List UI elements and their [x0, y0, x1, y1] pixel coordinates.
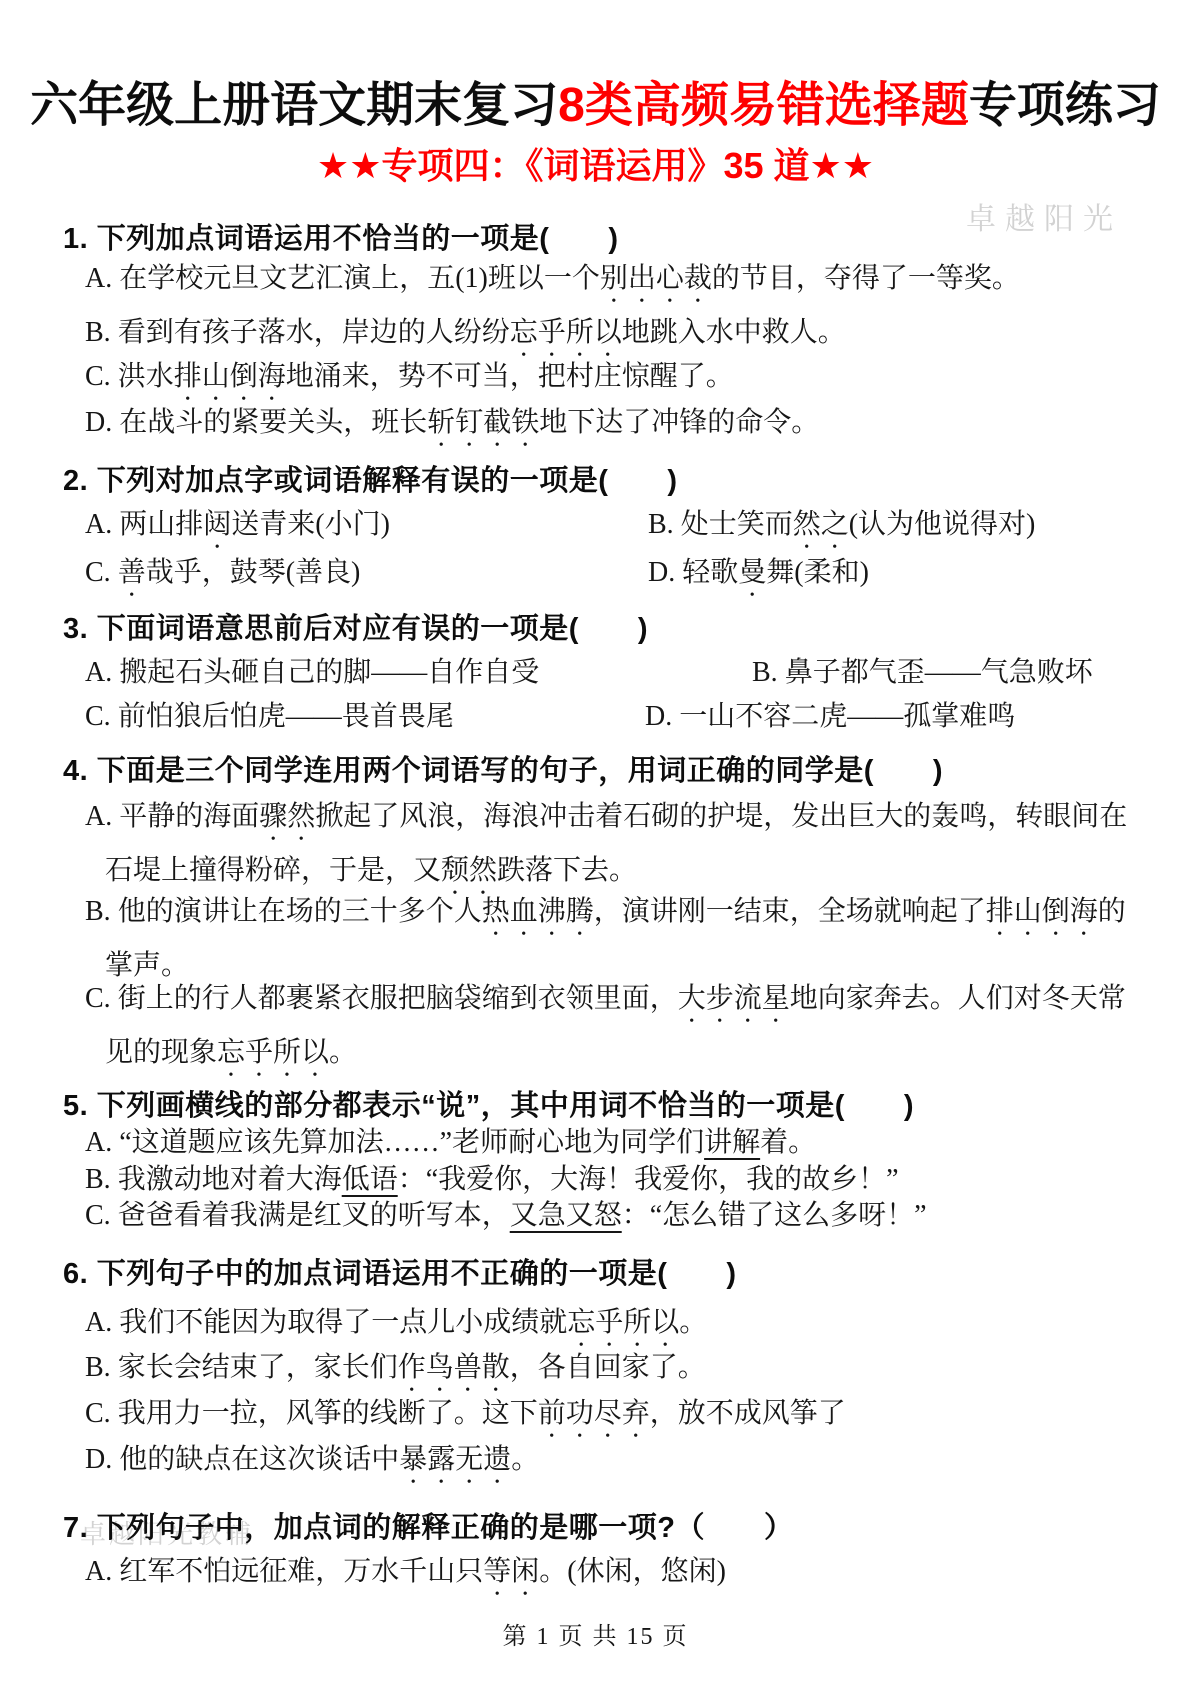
- question-1-option-d: D.在战斗的紧要关头，班长斩钉截铁地下达了冲锋的命令。: [85, 404, 819, 453]
- question-3-option-b: B.鼻子都气歪——气急败坏: [752, 654, 1093, 692]
- question-3-option-a: A.搬起石头砸自己的脚——自作自受: [85, 654, 539, 692]
- option-text: 街上的行人都裹紧衣服把脑袋缩到衣领里面，大步流星地向家奔去。人们对冬天常见的现象…: [105, 983, 1126, 1068]
- content-layer: 六年级上册语文期末复习8类高频易错选择题专项练习 ★★专项四：《词语运用》35 …: [0, 0, 1191, 1684]
- option-text: 轻歌曼舞(柔和): [682, 557, 869, 588]
- option-label: B.: [85, 896, 111, 927]
- question-6-option-c: C.我用力一拉，风筝的线断了。这下前功尽弃，放不成风筝了: [85, 1395, 846, 1444]
- option-label: B.: [648, 509, 674, 540]
- question-4-option-c: C.街上的行人都裹紧衣服把脑袋缩到衣领里面，大步流星地向家奔去。人们对冬天常见的…: [85, 975, 1169, 1083]
- option-label: A.: [85, 1307, 112, 1338]
- option-label: C.: [85, 1200, 111, 1231]
- question-7-stem: 7. 下列句子中，加点词的解释正确的是哪一项?（ ）: [63, 1505, 793, 1546]
- option-label: D.: [648, 557, 675, 588]
- option-label: D.: [85, 407, 112, 438]
- question-1-option-c: C.洪水排山倒海地涌来，势不可当，把村庄惊醒了。: [85, 358, 734, 407]
- question-5-option-b: B.我激动地对着大海低语：“我爱你，大海！我爱你，我的故乡！”: [85, 1161, 899, 1199]
- question-2-option-d: D.轻歌曼舞(柔和): [648, 554, 869, 603]
- question-2-option-c: C.善哉乎，鼓琴(善良): [85, 554, 360, 603]
- question-1-option-b: B.看到有孩子落水，岸边的人纷纷忘乎所以地跳入水中救人。: [85, 314, 846, 363]
- option-text: 平静的海面骤然掀起了风浪，海浪冲击着石砌的护堤，发出巨大的轰鸣，转眼间在石堤上撞…: [105, 801, 1127, 886]
- question-6-stem: 6. 下列句子中的加点词语运用不正确的一项是( ): [63, 1251, 737, 1292]
- question-1-stem: 1. 下列加点词语运用不恰当的一项是( ): [63, 216, 619, 257]
- option-text: 善哉乎，鼓琴(善良): [118, 557, 361, 588]
- question-4-option-a: A.平静的海面骤然掀起了风浪，海浪冲击着石砌的护堤，发出巨大的轰鸣，转眼间在石堤…: [85, 793, 1169, 901]
- title-part-1: 六年级上册语文期末复习: [30, 79, 558, 132]
- question-2-option-b: B.处士笑而然之(认为他说得对): [648, 506, 1035, 555]
- option-text: 在学校元旦文艺汇演上，五(1)班以一个别出心裁的节目，夺得了一等奖。: [119, 263, 1020, 294]
- option-text: 处士笑而然之(认为他说得对): [681, 509, 1036, 540]
- option-label: D.: [85, 1444, 112, 1475]
- option-label: D.: [645, 701, 672, 732]
- option-text: 在战斗的紧要关头，班长斩钉截铁地下达了冲锋的命令。: [119, 407, 819, 438]
- question-1-option-a: A.在学校元旦文艺汇演上，五(1)班以一个别出心裁的节目，夺得了一等奖。: [85, 260, 1020, 309]
- option-text: 前怕狼后怕虎——畏首畏尾: [118, 701, 454, 732]
- option-label: C.: [85, 1398, 111, 1429]
- option-text: 家长会结束了，家长们作鸟兽散，各自回家了。: [118, 1352, 706, 1383]
- option-label: B.: [85, 1164, 111, 1195]
- question-7-option-a: A.红军不怕远征难，万水千山只等闲。(休闲，悠闲): [85, 1553, 726, 1602]
- option-label: C.: [85, 557, 111, 588]
- question-2-stem: 2. 下列对加点字或词语解释有误的一项是( ): [63, 458, 678, 499]
- footer-page-number: 第 1 页 共 15 页: [0, 1616, 1191, 1651]
- title-part-red: 8类高频易错选择题: [558, 79, 969, 132]
- question-2-option-a: A.两山排闼送青来(小门): [85, 506, 390, 555]
- question-6-option-a: A.我们不能因为取得了一点儿小成绩就忘乎所以。: [85, 1304, 707, 1353]
- option-text: 我们不能因为取得了一点儿小成绩就忘乎所以。: [119, 1307, 707, 1338]
- option-label: A.: [85, 263, 112, 294]
- question-3-option-c: C.前怕狼后怕虎——畏首畏尾: [85, 698, 454, 736]
- option-text: 爸爸看着我满是红叉的听写本，又急又怒：“怎么错了这么多呀！”: [118, 1200, 927, 1231]
- option-label: B.: [85, 1352, 111, 1383]
- question-4-stem: 4. 下面是三个同学连用两个词语写的句子，用词正确的同学是( ): [63, 748, 943, 789]
- option-label: C.: [85, 983, 111, 1014]
- question-6-option-b: B.家长会结束了，家长们作鸟兽散，各自回家了。: [85, 1349, 706, 1398]
- option-text: 两山排闼送青来(小门): [119, 509, 390, 540]
- option-label: A.: [85, 801, 112, 832]
- option-label: C.: [85, 701, 111, 732]
- option-text: 红军不怕远征难，万水千山只等闲。(休闲，悠闲): [119, 1556, 726, 1587]
- option-text: 我用力一拉，风筝的线断了。这下前功尽弃，放不成风筝了: [118, 1398, 846, 1429]
- option-text: “这道题应该先算加法……”老师耐心地为同学们讲解着。: [119, 1127, 816, 1158]
- question-5-option-a: A.“这道题应该先算加法……”老师耐心地为同学们讲解着。: [85, 1124, 816, 1162]
- option-label: C.: [85, 361, 111, 392]
- option-label: B.: [85, 317, 111, 348]
- page-title: 六年级上册语文期末复习8类高频易错选择题专项练习: [0, 66, 1191, 135]
- option-label: A.: [85, 1556, 112, 1587]
- question-5-stem: 5. 下列画横线的部分都表示“说”，其中用词不恰当的一项是( ): [63, 1083, 914, 1124]
- question-3-option-d: D.一山不容二虎——孤掌难鸣: [645, 698, 1015, 736]
- option-label: A.: [85, 1127, 112, 1158]
- option-text: 他的缺点在这次谈话中暴露无遗。: [119, 1444, 539, 1475]
- option-label: A.: [85, 657, 112, 688]
- option-text: 他的演讲让在场的三十多个人热血沸腾，演讲刚一结束，全场就响起了排山倒海的掌声。: [105, 896, 1126, 981]
- page-subtitle: ★★专项四：《词语运用》35 道★★: [0, 138, 1191, 189]
- title-part-3: 专项练习: [969, 79, 1161, 132]
- question-3-stem: 3. 下面词语意思前后对应有误的一项是( ): [63, 606, 648, 647]
- option-text: 一山不容二虎——孤掌难鸣: [679, 701, 1015, 732]
- option-label: A.: [85, 509, 112, 540]
- option-label: B.: [752, 657, 778, 688]
- option-text: 看到有孩子落水，岸边的人纷纷忘乎所以地跳入水中救人。: [118, 317, 846, 348]
- option-text: 我激动地对着大海低语：“我爱你，大海！我爱你，我的故乡！”: [118, 1164, 899, 1195]
- worksheet-page: 卓越阳光 卓越阳光教辅 六年级上册语文期末复习8类高频易错选择题专项练习 ★★专…: [0, 0, 1191, 1684]
- option-text: 洪水排山倒海地涌来，势不可当，把村庄惊醒了。: [118, 361, 734, 392]
- option-text: 鼻子都气歪——气急败坏: [785, 657, 1093, 688]
- question-4-option-b: B.他的演讲让在场的三十多个人热血沸腾，演讲刚一结束，全场就响起了排山倒海的掌声…: [85, 888, 1169, 989]
- option-text: 搬起石头砸自己的脚——自作自受: [119, 657, 539, 688]
- question-5-option-c: C.爸爸看着我满是红叉的听写本，又急又怒：“怎么错了这么多呀！”: [85, 1197, 927, 1235]
- question-6-option-d: D.他的缺点在这次谈话中暴露无遗。: [85, 1441, 539, 1490]
